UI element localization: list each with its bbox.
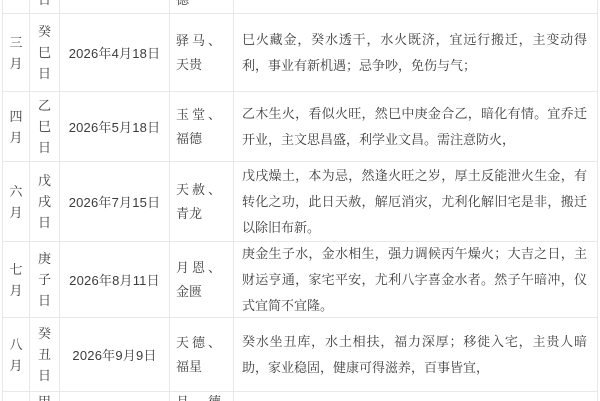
date-label: 2026年4月18日	[69, 43, 161, 62]
date-label: 2026年8月11日	[69, 270, 160, 289]
day-pillar-cell: 癸丑日	[29, 318, 59, 391]
month-label: 六月	[9, 181, 23, 223]
table-row: 四月 乙巳日 2026年5月18日 玉堂、福德 乙木生火，看似火旺，然巳中庚金合…	[3, 92, 597, 162]
day-pillar-cell: 戊戌日	[29, 162, 59, 241]
table-row-partial-top: 日 德	[3, 0, 597, 14]
stars-label: 天德、福星	[176, 331, 221, 379]
description-cell: 庚金生子水，金水相生，强力调候丙午燥火；大吉之日，主财运亨通，家宅平安，尤利八字…	[233, 242, 597, 317]
stars-cell: 德	[169, 0, 233, 13]
stars-label: 驿马、天贵	[176, 29, 221, 77]
day-pillar-fragment: 日	[38, 0, 52, 8]
description-text: 戊戌燥土，本为忌，然逢火旺之岁，厚土反能泄火生金，有转化之功，此日天赦，解厄消灾…	[242, 163, 587, 241]
description-cell: 乙木生火，看似火旺，然巳中庚金合乙，暗化有情。宜乔迁开业，主文思昌盛，利学业文昌…	[233, 92, 597, 161]
date-cell: 2026年7月15日	[59, 162, 169, 241]
month-cell: 八月	[3, 318, 29, 391]
day-pillar-label: 戊戌日	[38, 170, 52, 233]
stars-label: 月恩、金匮	[176, 256, 221, 304]
day-pillar-label: 庚子日	[38, 248, 52, 311]
table-row: 六月 戊戌日 2026年7月15日 天赦、青龙 戊戌燥土，本为忌，然逢火旺之岁，…	[3, 162, 597, 242]
month-cell	[3, 392, 29, 400]
day-pillar-label: 乙巳日	[38, 95, 52, 158]
description-cell: 巳火藏金，癸水透干，水火既济，宜远行搬迁，主变动得利，事业有新机遇；忌争吵，免伤…	[233, 14, 597, 91]
day-pillar-cell: 日	[29, 0, 59, 13]
day-pillar-label: 癸丑日	[38, 323, 52, 386]
day-pillar-label: 癸巳日	[38, 21, 52, 84]
stars-cell: 月德	[169, 392, 233, 400]
date-label: 2026年9月9日	[72, 345, 156, 364]
day-pillar-fragment: 甲	[38, 392, 52, 400]
stars-cell: 天赦、青龙	[169, 162, 233, 241]
stars-cell: 月恩、金匮	[169, 242, 233, 317]
date-cell	[59, 0, 169, 13]
stars-cell: 驿马、天贵	[169, 14, 233, 91]
table-row-partial-bottom: 甲 月德	[3, 392, 597, 400]
stars-fragment: 德	[176, 0, 221, 8]
month-cell: 六月	[3, 162, 29, 241]
month-cell: 四月	[3, 92, 29, 161]
month-cell: 七月	[3, 242, 29, 317]
stars-label: 玉堂、福德	[176, 103, 221, 151]
description-text: 庚金生子水，金水相生，强力调候丙午燥火；大吉之日，主财运亨通，家宅平安，尤利八字…	[242, 242, 587, 317]
date-cell: 2026年8月11日	[59, 242, 169, 317]
month-label: 八月	[9, 334, 23, 376]
description-cell: 癸水坐丑库，水土相扶，福力深厚；移徙入宅，主贵人暗助，家业稳固，健康可得滋养，百…	[233, 318, 597, 391]
table-row: 八月 癸丑日 2026年9月9日 天德、福星 癸水坐丑库，水土相扶，福力深厚；移…	[3, 318, 597, 392]
description-text: 癸水坐丑库，水土相扶，福力深厚；移徙入宅，主贵人暗助，家业稳固，健康可得滋养，百…	[242, 329, 587, 381]
description-cell	[233, 0, 597, 13]
day-pillar-cell: 甲	[29, 392, 59, 400]
stars-fragment: 月德	[176, 392, 221, 400]
stars-cell: 玉堂、福德	[169, 92, 233, 161]
month-label: 四月	[9, 106, 23, 148]
date-cell: 2026年4月18日	[59, 14, 169, 91]
month-label: 三月	[9, 32, 23, 74]
description-text: 巳火藏金，癸水透干，水火既济，宜远行搬迁，主变动得利，事业有新机遇；忌争吵，免伤…	[242, 27, 587, 79]
day-pillar-cell: 乙巳日	[29, 92, 59, 161]
date-label: 2026年7月15日	[69, 192, 161, 211]
date-label: 2026年5月18日	[69, 117, 161, 136]
day-pillar-cell: 庚子日	[29, 242, 59, 317]
date-cell	[59, 392, 169, 400]
table-row: 三月 癸巳日 2026年4月18日 驿马、天贵 巳火藏金，癸水透干，水火既济，宜…	[3, 14, 597, 92]
auspicious-days-table: 日 德 三月 癸巳日 2026年4月18日 驿马、天贵 巳火藏金，癸水透干，水火…	[2, 0, 598, 400]
description-cell: 戊戌燥土，本为忌，然逢火旺之岁，厚土反能泄火生金，有转化之功，此日天赦，解厄消灾…	[233, 162, 597, 241]
day-pillar-cell: 癸巳日	[29, 14, 59, 91]
date-cell: 2026年5月18日	[59, 92, 169, 161]
month-label: 七月	[9, 259, 23, 301]
month-cell: 三月	[3, 14, 29, 91]
month-cell	[3, 0, 29, 13]
description-text: 乙木生火，看似火旺，然巳中庚金合乙，暗化有情。宜乔迁开业，主文思昌盛，利学业文昌…	[242, 101, 587, 153]
table-row: 七月 庚子日 2026年8月11日 月恩、金匮 庚金生子水，金水相生，强力调候丙…	[3, 242, 597, 318]
date-cell: 2026年9月9日	[59, 318, 169, 391]
description-cell	[233, 392, 597, 400]
stars-label: 天赦、青龙	[176, 178, 221, 226]
stars-cell: 天德、福星	[169, 318, 233, 391]
